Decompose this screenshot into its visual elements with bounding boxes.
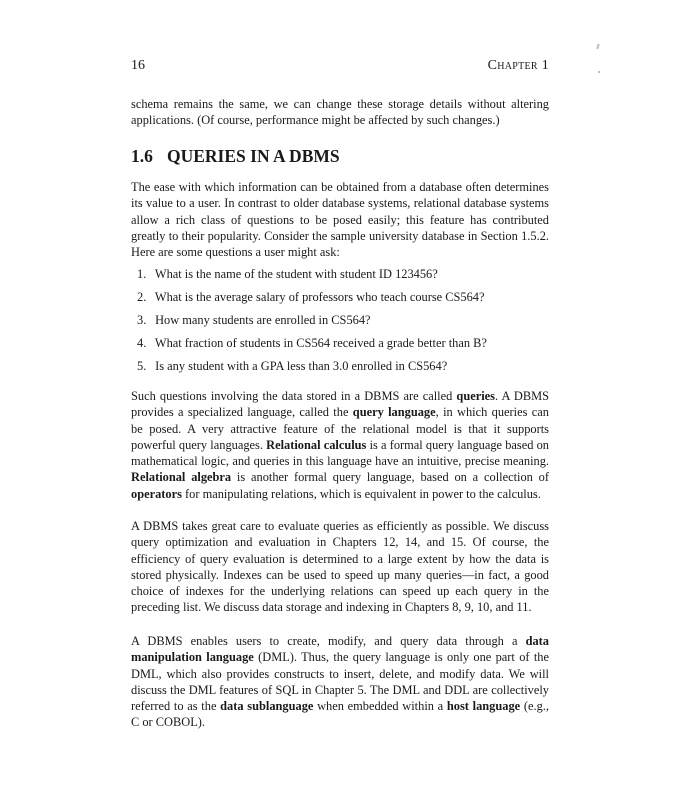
term-relational-algebra: Relational algebra [131, 470, 231, 484]
term-queries: queries [456, 389, 495, 403]
list-item: 4. What fraction of students in CS564 re… [137, 335, 557, 358]
question-list: 1. What is the name of the student with … [137, 266, 557, 381]
term-data-sublanguage: data sublanguage [220, 699, 313, 713]
page-number: 16 [131, 58, 145, 74]
list-item: 5. Is any student with a GPA less than 3… [137, 358, 557, 381]
term-query-language: query language [353, 405, 436, 419]
scan-speck [596, 44, 600, 49]
running-header: 16 Chapter 1 [131, 58, 549, 78]
list-item: 1. What is the name of the student with … [137, 266, 557, 289]
term-relational-calculus: Relational calculus [266, 438, 366, 452]
paragraph-intro-queries: The ease with which information can be o… [131, 179, 549, 260]
paragraph-query-optimization: A DBMS takes great care to evaluate quer… [131, 518, 549, 616]
section-number: 1.6 [131, 146, 167, 167]
paragraph-dml: A DBMS enables users to create, modify, … [131, 633, 549, 731]
section-title: QUERIES IN A DBMS [167, 146, 340, 166]
list-item: 3. How many students are enrolled in CS5… [137, 312, 557, 335]
scan-speck [598, 71, 600, 73]
paragraph-query-languages: Such questions involving the data stored… [131, 388, 549, 502]
intro-paragraph: schema remains the same, we can change t… [131, 96, 549, 129]
term-host-language: host language [447, 699, 520, 713]
term-operators: operators [131, 487, 182, 501]
list-item: 2. What is the average salary of profess… [137, 289, 557, 312]
chapter-label: Chapter 1 [488, 58, 549, 74]
section-heading: 1.6QUERIES IN A DBMS [131, 146, 340, 167]
